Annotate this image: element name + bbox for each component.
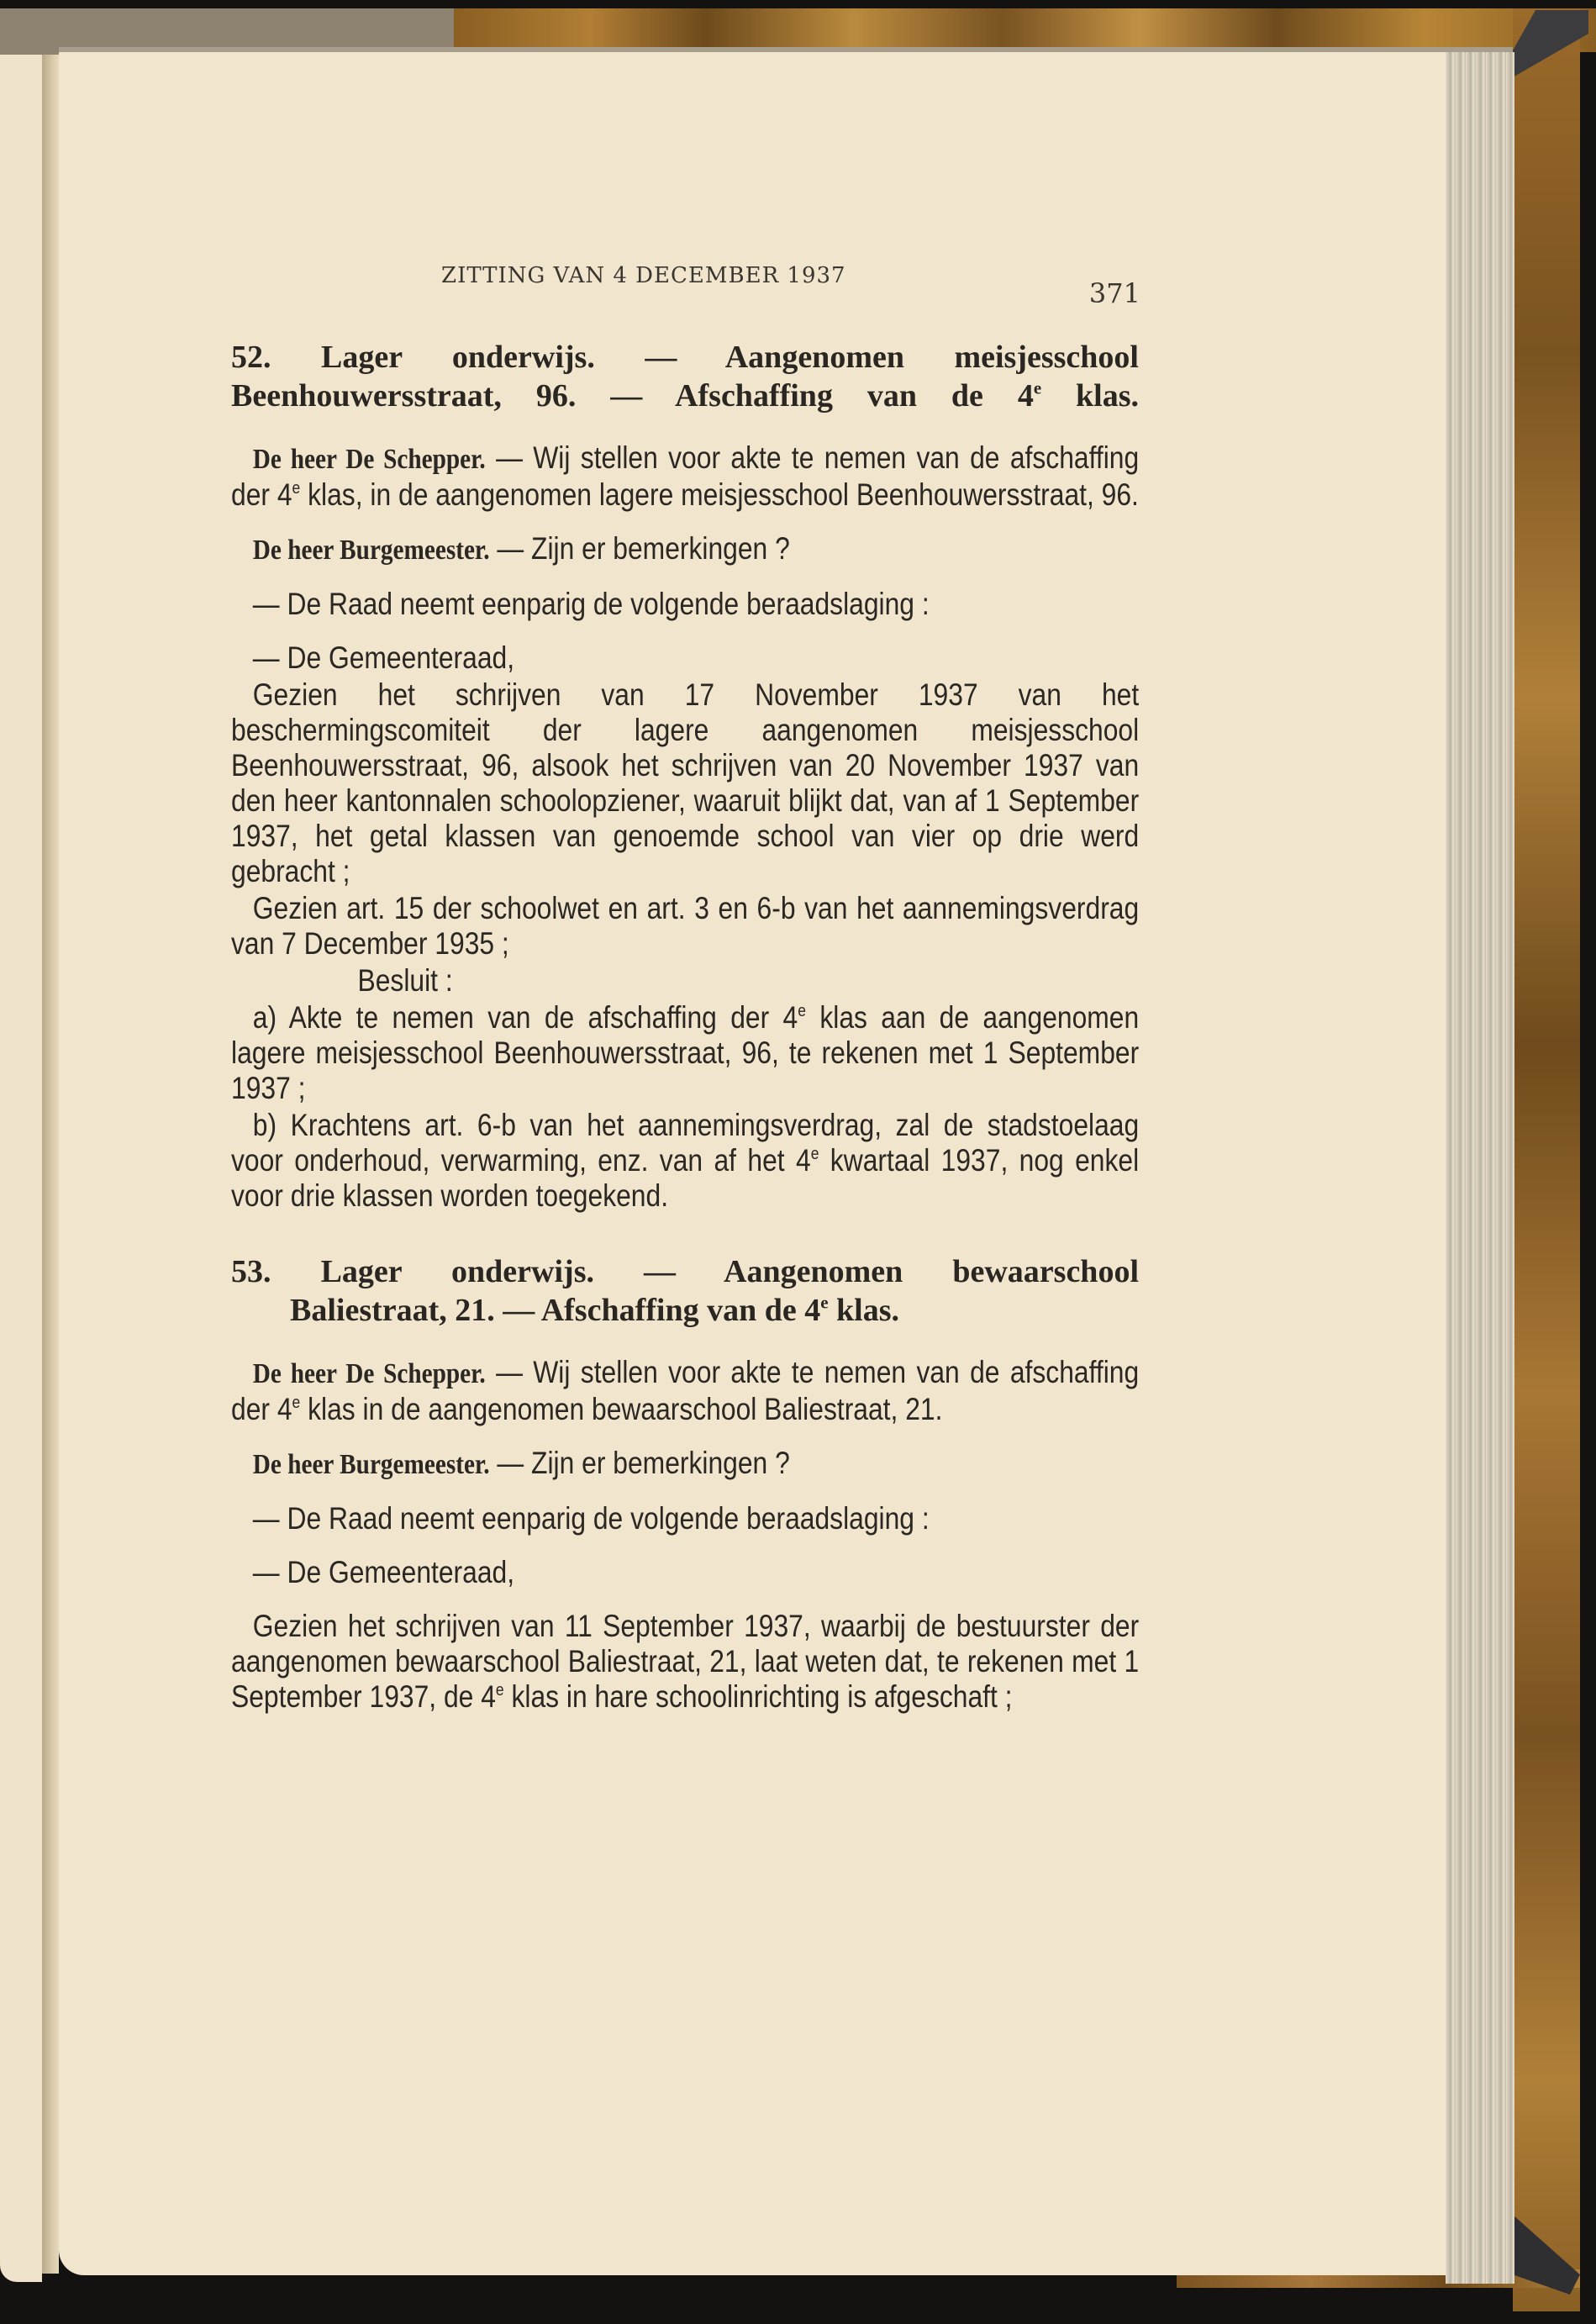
paragraph-burgemeester: De heer Burgemeester. — Zijn er bemerkin… xyxy=(231,1446,1139,1483)
paragraph-text: klas in hare schoolinrichting is afgesch… xyxy=(504,1679,1013,1714)
paragraph-gezien-1: Gezien het schrijven van 17 November 193… xyxy=(231,677,1139,889)
ordinal-superscript: e xyxy=(292,479,301,498)
book-cover-top-edge xyxy=(454,8,1596,52)
ordinal-superscript: e xyxy=(811,1145,819,1163)
section-heading: 52. Lager onderwijs. — Aangenomen meisje… xyxy=(231,338,1139,415)
paragraph-gemeenteraad: — De Gemeenteraad, xyxy=(231,1555,1139,1590)
paragraph-burgemeester: De heer Burgemeester. — Zijn er bemerkin… xyxy=(231,531,1139,568)
heading-text: Beenhouwersstraat, 96. — Afschaffing van… xyxy=(231,378,1034,414)
book-cover-right-edge xyxy=(1513,8,1580,2311)
paragraph-text: — Zijn er bemerkingen ? xyxy=(490,1446,790,1480)
heading-text: Baliestraat, 21. — Afschaffing van de 4 xyxy=(290,1293,820,1328)
paragraph-text: — Zijn er bemerkingen ? xyxy=(490,531,790,566)
ordinal-superscript: e xyxy=(820,1292,828,1312)
paragraph-text: klas in de aangenomen bewaarschool Balie… xyxy=(300,1392,942,1426)
paragraph-text: klas, in de aangenomen lagere meisjessch… xyxy=(300,477,1139,512)
paragraph-schepper: De heer De Schepper. — Wij stellen voor … xyxy=(231,440,1139,513)
heading-line-2: Beenhouwersstraat, 96. — Afschaffing van… xyxy=(231,377,1139,415)
paragraph-text: a) Akte te nemen van de afschaffing der … xyxy=(253,1000,798,1035)
ordinal-superscript: e xyxy=(292,1394,301,1412)
paragraph-decision-b: b) Krachtens art. 6-b van het aannemings… xyxy=(231,1108,1139,1214)
section-53: 53. Lager onderwijs. — Aangenomen bewaar… xyxy=(231,1252,1139,1715)
ordinal-superscript: e xyxy=(798,1002,806,1020)
running-head: ZITTING VAN 4 DECEMBER 1937 371 xyxy=(231,252,1139,319)
running-title: ZITTING VAN 4 DECEMBER 1937 xyxy=(441,263,846,288)
paragraph-gezien: Gezien het schrijven van 11 September 19… xyxy=(231,1609,1139,1715)
paragraph-decision-a: a) Akte te nemen van de afschaffing der … xyxy=(231,1000,1139,1106)
facing-page-edge xyxy=(0,55,42,2282)
section-52: 52. Lager onderwijs. — Aangenomen meisje… xyxy=(231,338,1139,1214)
text-column: ZITTING VAN 4 DECEMBER 1937 371 52. Lage… xyxy=(231,252,1139,1733)
ordinal-superscript: e xyxy=(1034,377,1041,398)
page-number: 371 xyxy=(1089,277,1140,309)
heading-line-1: 53. Lager onderwijs. — Aangenomen bewaar… xyxy=(231,1252,1139,1291)
speaker-name: De heer Burgemeester. xyxy=(253,1449,490,1480)
page-block-edges xyxy=(1446,52,1514,2284)
paragraph-gemeenteraad: — De Gemeenteraad, xyxy=(231,640,1139,676)
paragraph-besluit: Besluit : xyxy=(231,963,1266,999)
heading-line-2: Baliestraat, 21. — Afschaffing van de 4e… xyxy=(231,1291,1139,1330)
paragraph-raad: — De Raad neemt eenparig de volgende ber… xyxy=(231,587,1139,622)
paragraph-gezien-2: Gezien art. 15 der schoolwet en art. 3 e… xyxy=(231,891,1139,962)
speaker-name: De heer De Schepper. xyxy=(253,1358,486,1389)
book-gutter xyxy=(42,55,59,2274)
paragraph-schepper: De heer De Schepper. — Wij stellen voor … xyxy=(231,1355,1139,1427)
speaker-name: De heer De Schepper. xyxy=(253,444,486,475)
heading-text: klas. xyxy=(1041,378,1139,414)
heading-line-1: 52. Lager onderwijs. — Aangenomen meisje… xyxy=(231,338,1139,377)
section-heading: 53. Lager onderwijs. — Aangenomen bewaar… xyxy=(231,1252,1139,1330)
ordinal-superscript: e xyxy=(496,1681,504,1700)
heading-text: klas. xyxy=(829,1293,899,1328)
paragraph-raad: — De Raad neemt eenparig de volgende ber… xyxy=(231,1501,1139,1536)
speaker-name: De heer Burgemeester. xyxy=(253,535,490,566)
